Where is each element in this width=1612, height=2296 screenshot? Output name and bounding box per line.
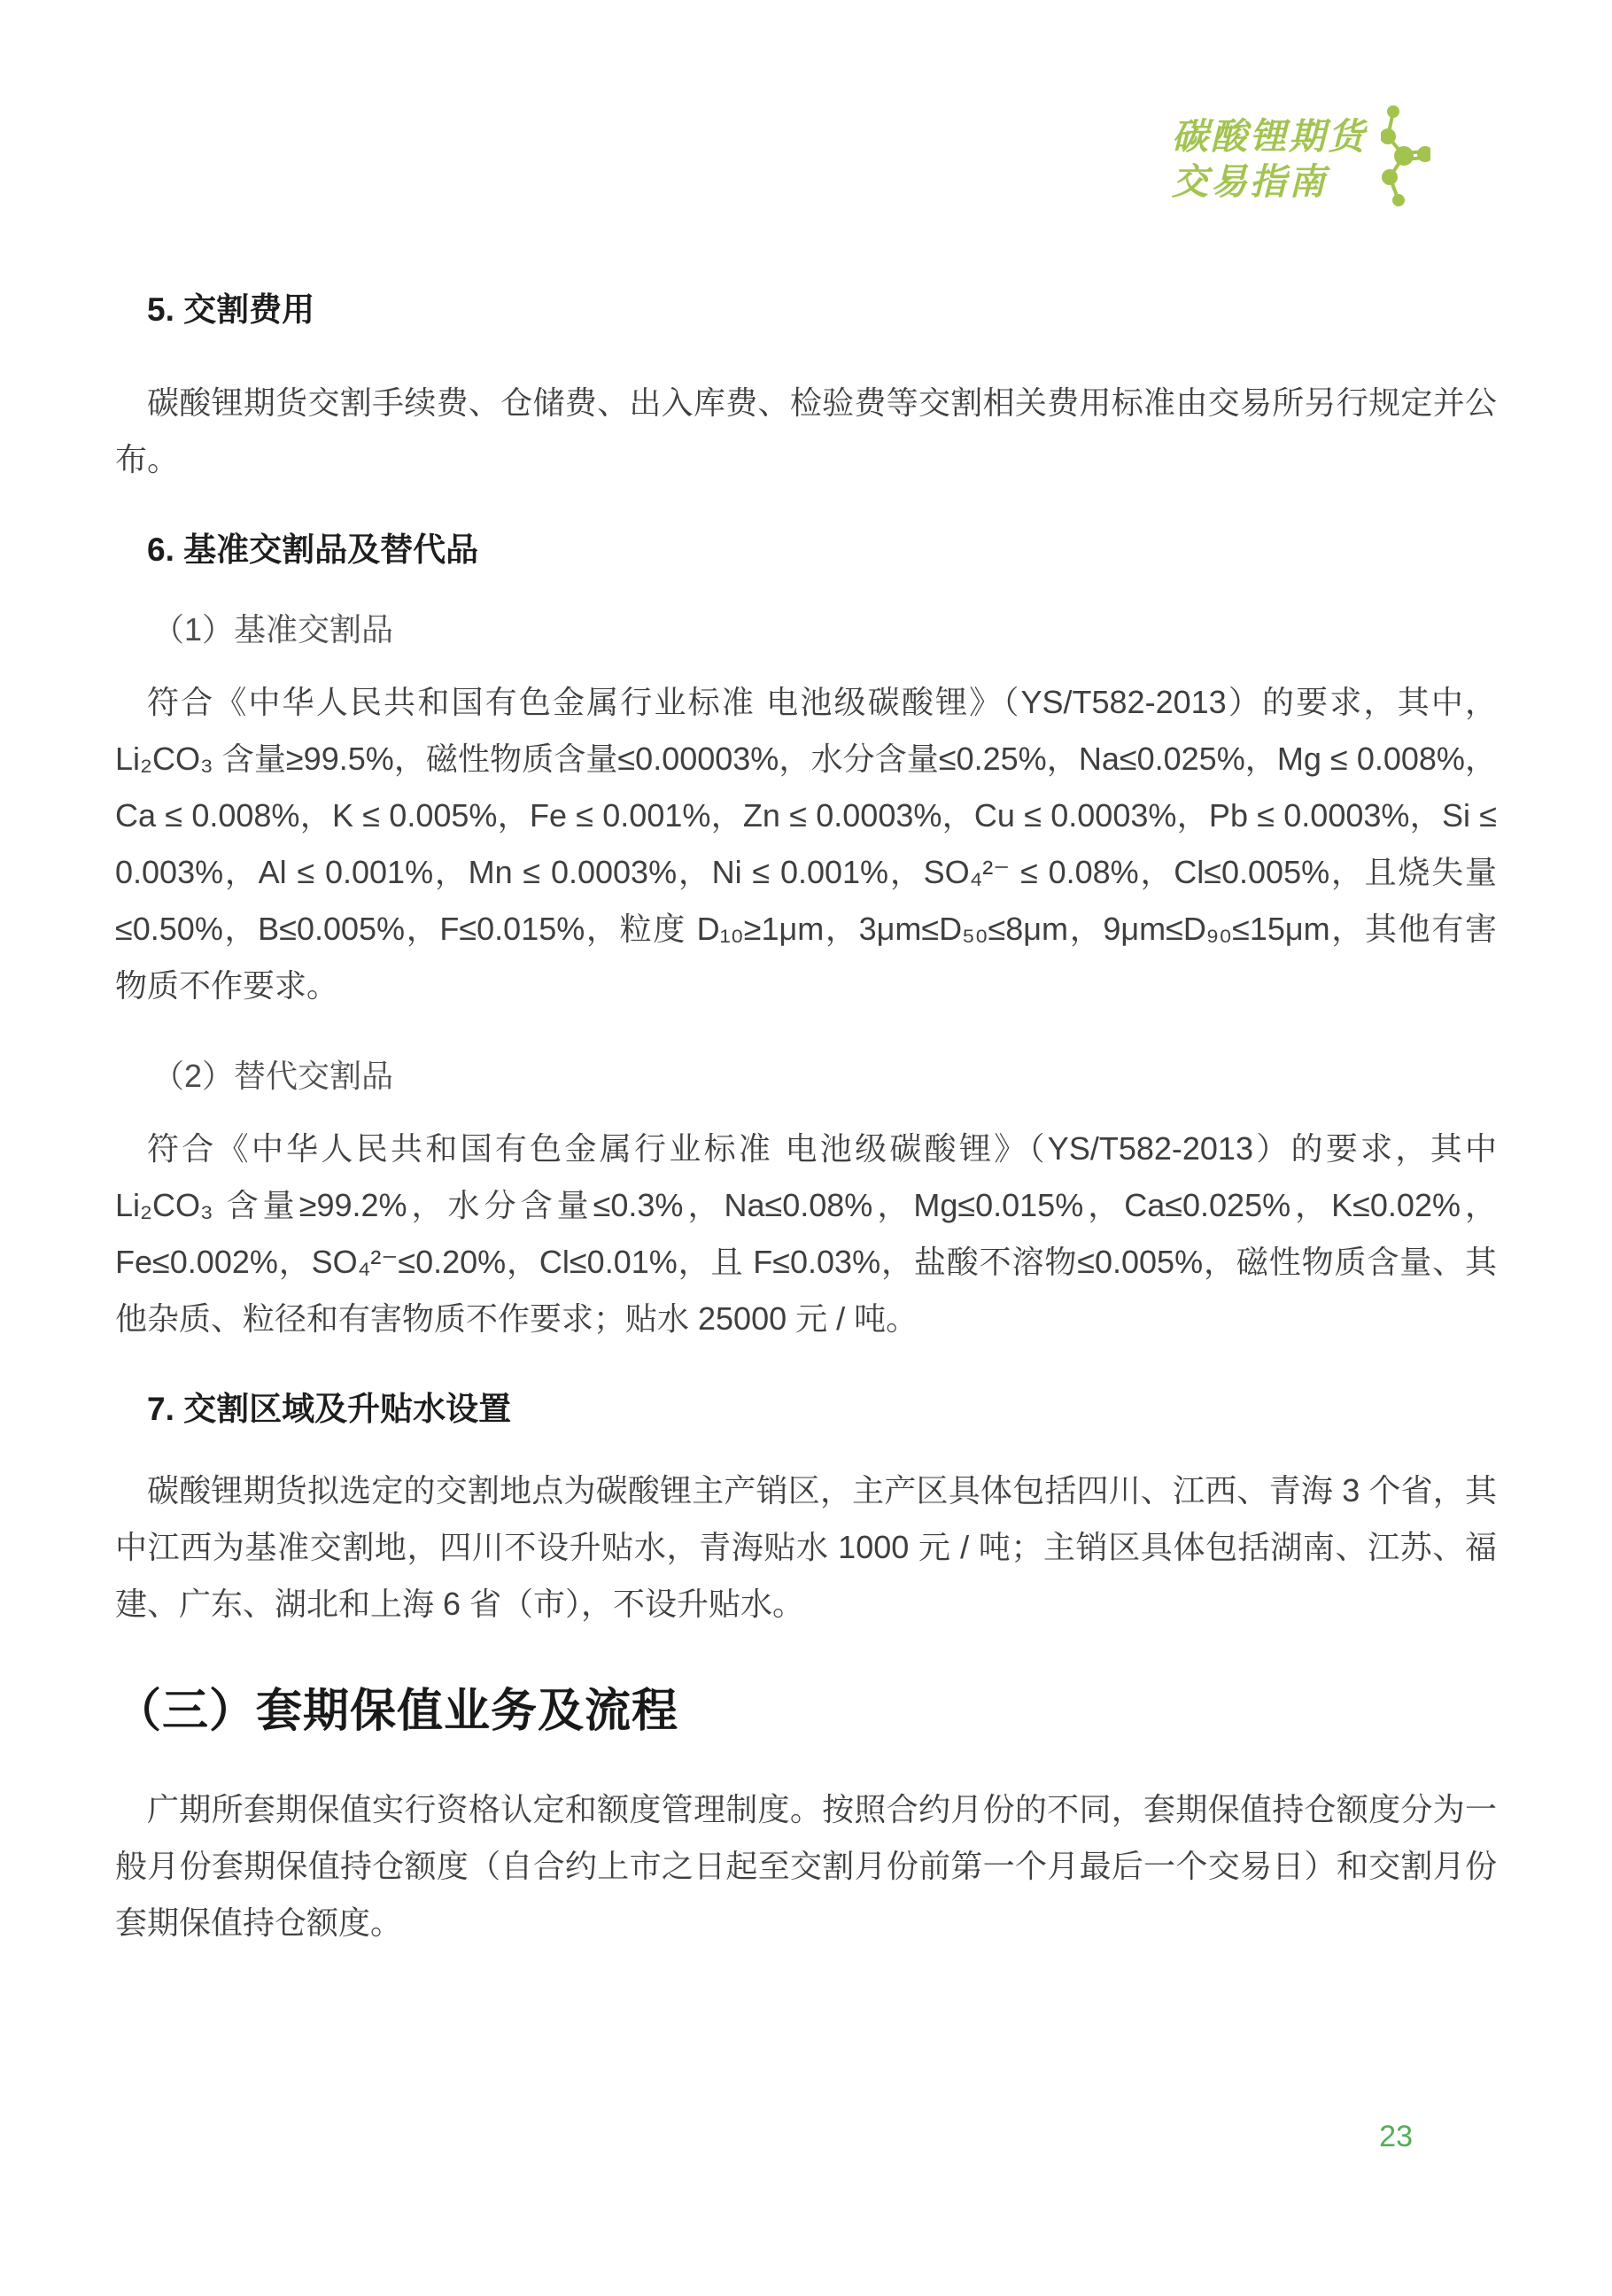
document-body: 5. 交割费用 碳酸锂期货交割手续费、仓储费、出入库费、检验费等交割相关费用标准…	[115, 292, 1497, 1951]
paragraph-delivery-regions: 碳酸锂期货拟选定的交割地点为碳酸锂主产销区，主产区具体包括四川、江西、青海 3 …	[115, 1462, 1497, 1633]
paragraph-hedging-business: 广期所套期保值实行资格认定和额度管理制度。按照合约月份的不同，套期保值持仓额度分…	[115, 1781, 1497, 1951]
logo-line-2: 交易指南	[1172, 159, 1367, 204]
heading-benchmark-deliverables: 6. 基准交割品及替代品	[147, 532, 1497, 569]
heading-delivery-regions: 7. 交割区域及升贴水设置	[147, 1392, 1497, 1428]
page-number: 23	[1379, 2120, 1413, 2154]
header-logo: 碳酸锂期货 交易指南	[1172, 105, 1430, 213]
heading-hedging-business: （三）套期保值业务及流程	[115, 1686, 1497, 1739]
paragraph-substitute-deliverable-specs: 符合《中华人民共和国有色金属行业标准 电池级碳酸锂》（YS/T582-2013）…	[115, 1121, 1497, 1347]
sub-label-substitute-deliverable: （2）替代交割品	[152, 1059, 1497, 1094]
paragraph-benchmark-deliverable-specs: 符合《中华人民共和国有色金属行业标准 电池级碳酸锂》（YS/T582-2013）…	[115, 674, 1497, 1014]
logo-text: 碳酸锂期货 交易指南	[1172, 114, 1367, 203]
document-page: 碳酸锂期货 交易指南	[0, 0, 1612, 2296]
heading-delivery-fees: 5. 交割费用	[147, 292, 1497, 329]
molecule-icon	[1381, 105, 1430, 213]
logo-line-1: 碳酸锂期货	[1172, 114, 1367, 159]
paragraph-delivery-fees: 碳酸锂期货交割手续费、仓储费、出入库费、检验费等交割相关费用标准由交易所另行规定…	[115, 375, 1497, 488]
sub-label-benchmark-deliverable: （1）基准交割品	[152, 612, 1497, 648]
